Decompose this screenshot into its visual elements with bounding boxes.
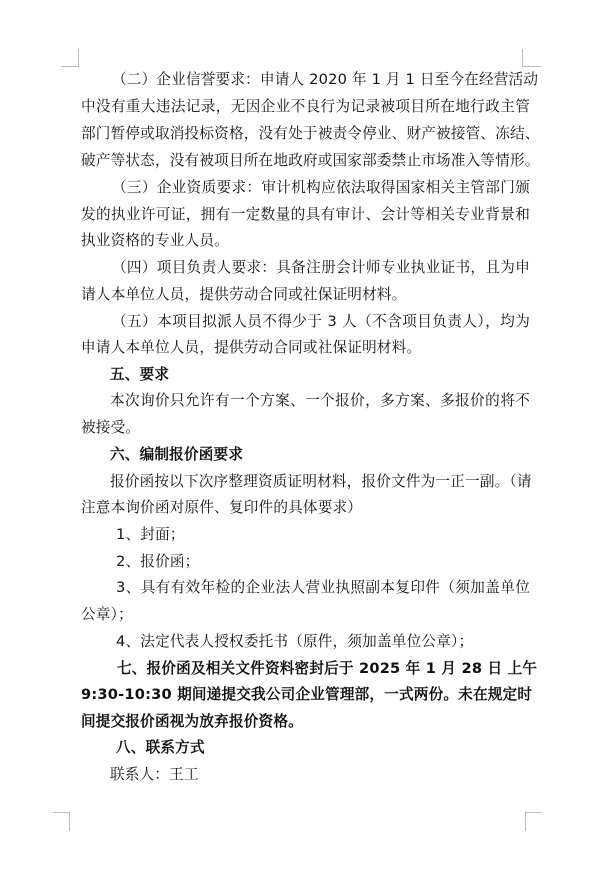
paragraph-credit-line-1: （二）企业信誉要求：申请人 2020 年 1 月 1 日至今在经营活动 bbox=[112, 66, 530, 93]
paragraph-project-lead-line-2: 请人本单位人员，提供劳动合同或社保证明材料。 bbox=[81, 281, 533, 308]
heading-requirements: 五、要求 bbox=[110, 361, 562, 388]
paragraph-submission-line-3: 间提交报价函视为放弃报价资格。 bbox=[81, 708, 533, 735]
paragraph-requirements-line-1: 本次询价只允许有一个方案、一个报价，多方案、多报价的将不 bbox=[110, 387, 530, 414]
paragraph-submission-line-2: 9:30-10:30 期间递提交我公司企业管理部，一式两份。未在规定时 bbox=[81, 681, 530, 708]
page-corner-mark-bottom-right bbox=[525, 812, 542, 831]
paragraph-credit-line-3: 部门暂停或取消投标资格，没有处于被责令停业、财产被接管、冻结、 bbox=[81, 120, 530, 147]
document-page: （二）企业信誉要求：申请人 2020 年 1 月 1 日至今在经营活动 中没有重… bbox=[0, 0, 601, 869]
page-corner-mark-top-left bbox=[61, 49, 79, 67]
list-item-3-line-1: 3、具有有效年检的企业法人营业执照副本复印件（须加盖单位 bbox=[116, 574, 530, 601]
heading-contact: 八、联系方式 bbox=[116, 734, 568, 761]
list-item-1: 1、封面； bbox=[116, 521, 568, 548]
paragraph-qualification-line-1: （三）企业资质要求：审计机构应依法取得国家相关主管部门颁 bbox=[112, 174, 530, 201]
list-item-4: 4、法定代表人授权委托书（原件，须加盖单位公章）； bbox=[116, 628, 568, 655]
paragraph-credit-line-4: 破产等状态，没有被项目所在地政府或国家部委禁止市场准入等情形。 bbox=[81, 147, 530, 174]
paragraph-staff-line-1: （五）本项目拟派人员不得少于 3 人（不含项目负责人），均为 bbox=[112, 308, 530, 335]
paragraph-requirements-line-2: 被接受。 bbox=[81, 414, 533, 441]
paragraph-quote-prep-line-2: 注意本询价函对原件、复印件的具体要求） bbox=[81, 494, 533, 521]
list-item-3-line-2: 公章）； bbox=[81, 601, 533, 628]
paragraph-project-lead-line-1: （四）项目负责人要求：具备注册会计师专业执业证书，且为申 bbox=[112, 254, 530, 281]
heading-quote-prep: 六、编制报价函要求 bbox=[110, 441, 562, 468]
page-corner-mark-top-right bbox=[522, 49, 541, 67]
page-corner-mark-bottom-left bbox=[53, 812, 70, 831]
contact-person: 联系人：王工 bbox=[110, 761, 562, 788]
paragraph-credit-line-2: 中没有重大违法记录，无因企业不良行为记录被项目所在地行政主管 bbox=[81, 93, 530, 120]
list-item-2: 2、报价函； bbox=[116, 548, 568, 575]
paragraph-qualification-line-2: 发的执业许可证，拥有一定数量的具有审计、会计等相关专业背景和 bbox=[81, 201, 530, 228]
paragraph-qualification-line-3: 执业资格的专业人员。 bbox=[81, 227, 533, 254]
paragraph-submission-line-1: 七、报价函及相关文件资料密封后于 2025 年 1 月 28 日 上午 bbox=[117, 655, 530, 682]
paragraph-quote-prep-line-1: 报价函按以下次序整理资质证明材料，报价文件为一正一副。（请 bbox=[110, 468, 530, 495]
paragraph-staff-line-2: 申请人本单位人员，提供劳动合同或社保证明材料。 bbox=[81, 334, 533, 361]
